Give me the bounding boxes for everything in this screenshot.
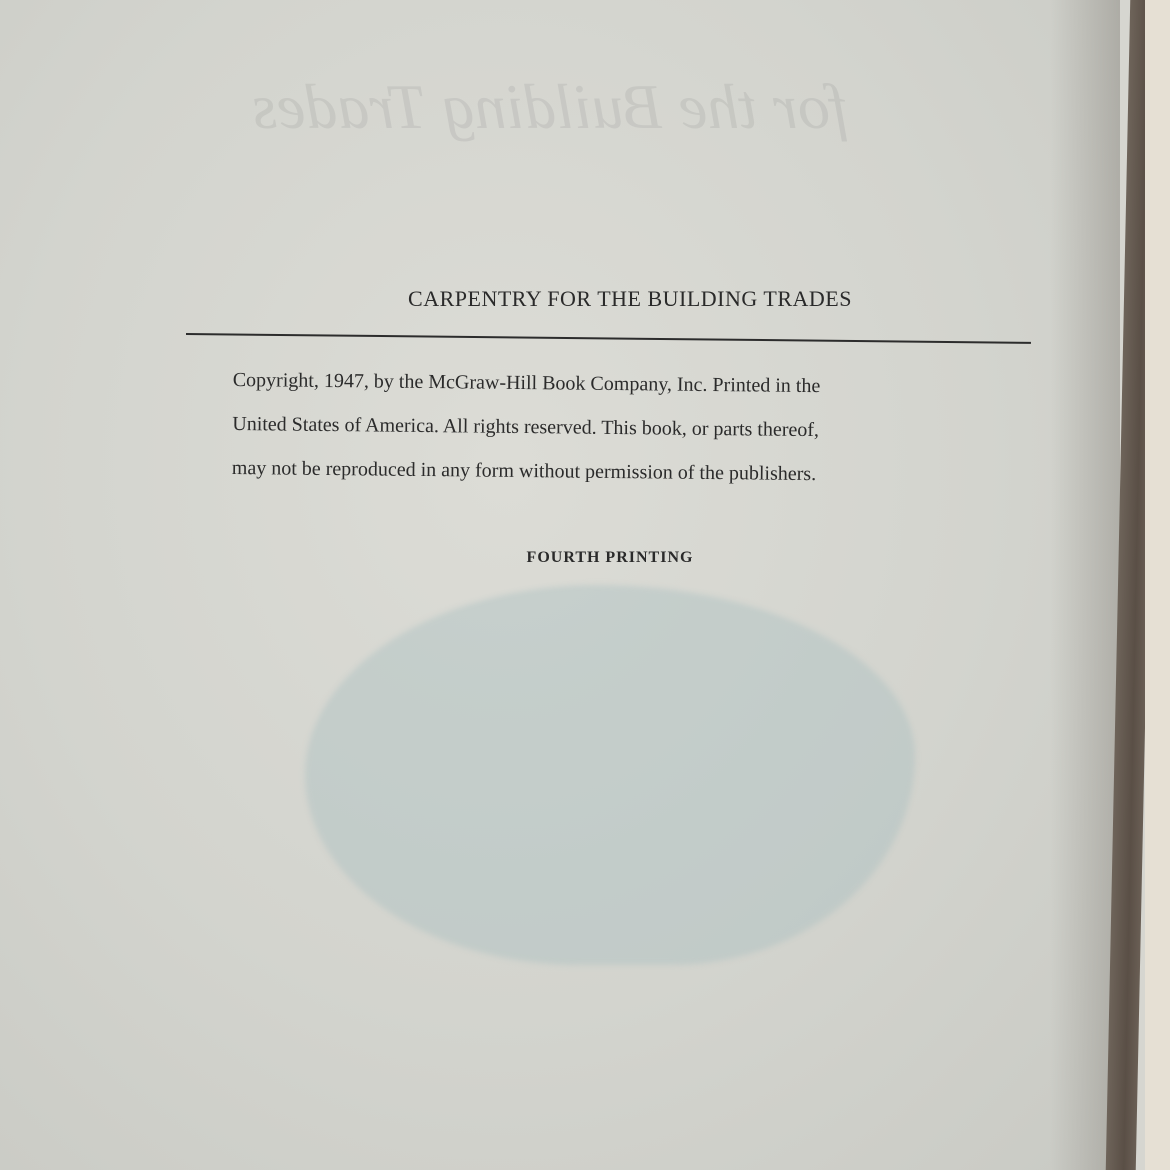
printing-notice: FOURTH PRINTING [480, 549, 740, 567]
book-cover-edge [1145, 0, 1170, 1170]
copyright-line: may not be reproduced in any form withou… [232, 446, 1022, 498]
title-rule [186, 333, 1031, 344]
copyright-notice: Copyright, 1947, by the McGraw-Hill Book… [232, 358, 1023, 498]
show-through-text: for the Building Trades [250, 70, 850, 144]
book-title: CARPENTRY FOR THE BUILDING TRADES [185, 286, 1075, 312]
book-page: for the Building Trades CARPENTRY FOR TH… [0, 0, 1120, 1170]
water-stain [305, 585, 915, 965]
